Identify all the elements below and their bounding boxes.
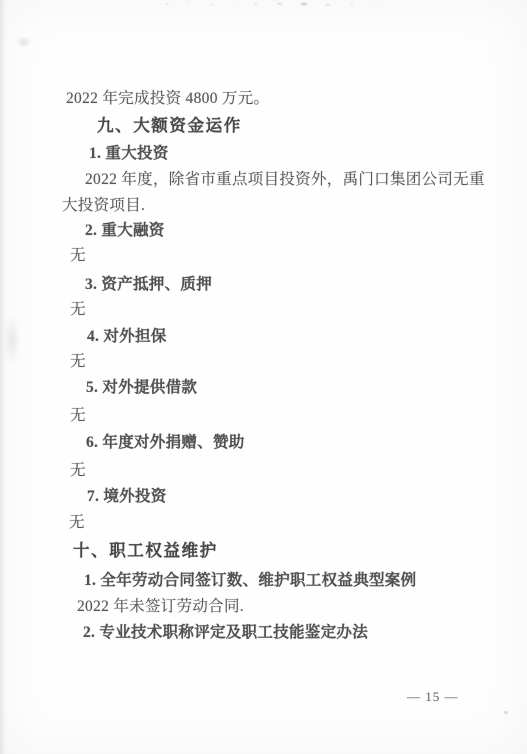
section-9-item-3-value: 无	[70, 300, 86, 320]
section-10-item-1-body: 2022 年未签订劳动合同.	[77, 597, 244, 617]
section-9-item-5-value: 无	[70, 406, 86, 426]
scan-noise-top-edge	[155, 0, 395, 9]
section-9-item-2-value: 无	[70, 246, 86, 266]
section-9-item-4-value: 无	[70, 352, 86, 372]
section-9-item-7-title: 7. 境外投资	[87, 487, 167, 507]
page-number: — 15 —	[407, 689, 459, 705]
section-9-item-2-title: 2. 重大融资	[85, 221, 165, 241]
scan-smudge	[4, 315, 20, 365]
section-10-item-2-title: 2. 专业技术职称评定及职工技能鉴定办法	[83, 623, 368, 643]
scan-smudge	[16, 36, 32, 48]
section-10-item-1-title: 1. 全年劳动合同签订数、维护职工权益典型案例	[84, 571, 416, 591]
section-9-item-6-value: 无	[70, 461, 86, 481]
scan-speck	[504, 711, 508, 714]
section-9-item-5-title: 5. 对外提供借款	[86, 378, 197, 398]
section-9-item-7-value: 无	[69, 513, 85, 533]
section-9-item-4-title: 4. 对外担保	[87, 327, 167, 347]
section-9-heading: 九、大额资金运作	[97, 116, 242, 136]
section-9-item-1-title: 1. 重大投资	[89, 144, 169, 164]
paragraph-investment-completed: 2022 年完成投资 4800 万元。	[66, 89, 269, 109]
section-9-item-3-title: 3. 资产抵押、质押	[85, 275, 212, 295]
section-9-item-1-body-line-2: 大投资项目.	[62, 196, 145, 216]
section-9-item-6-title: 6. 年度对外捐赠、赞助	[86, 433, 245, 453]
scanned-document-page: 2022 年完成投资 4800 万元。 九、大额资金运作 1. 重大投资 202…	[0, 0, 527, 754]
scan-shadow-left-edge	[0, 0, 6, 754]
section-10-heading: 十、职工权益维护	[73, 541, 218, 561]
section-9-item-1-body-line-1: 2022 年度，除省市重点项目投资外，禹门口集团公司无重	[85, 170, 485, 190]
